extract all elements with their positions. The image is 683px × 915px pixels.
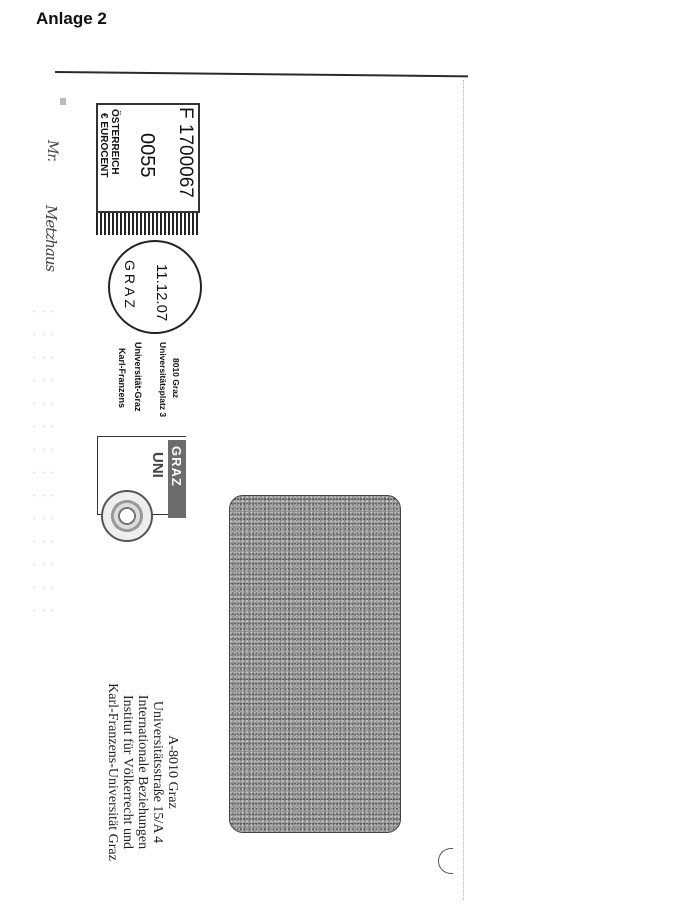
meter-barcode [96, 213, 200, 235]
meter-serial: F 1700067 [174, 107, 196, 198]
sender-line: Karl-Franzens-Universität Graz [105, 672, 120, 872]
meter-currency: € EUROCENT [98, 113, 109, 177]
sender-address: Karl-Franzens-Universität Graz Institut … [105, 672, 180, 872]
meter-value: 0055 [135, 133, 158, 178]
logo-graz-text: GRAZ [169, 446, 184, 487]
university-name-line1: Karl-Franzens [117, 348, 127, 408]
sender-line: Internationale Beziehungen [135, 672, 150, 872]
scan-specks [30, 300, 60, 630]
handwritten-mark: Mr. [44, 140, 60, 161]
university-street: Universitätsplatz 3 [158, 342, 168, 417]
sender-line: A-8010 Graz [165, 672, 180, 872]
university-city: 8010 Graz [171, 358, 181, 398]
scan-mark [60, 98, 66, 105]
sender-line: Universitätsstraße 15/A 4 [150, 672, 165, 872]
logo-graz-band: GRAZ [168, 440, 186, 518]
postmark-date: 11.12.07 [153, 264, 170, 321]
document-heading: Anlage 2 [36, 9, 107, 29]
envelope-edge-notch [438, 848, 453, 874]
franking-meter-stamp: ÖSTERREICH € EUROCENT 0055 F 1700067 [96, 103, 202, 235]
postmark-city: GRAZ [122, 260, 138, 311]
meter-country: ÖSTERREICH [109, 109, 120, 175]
address-window [229, 495, 401, 833]
envelope-right-edge [463, 80, 464, 900]
university-seal-icon [101, 490, 153, 542]
envelope-top-edge [55, 71, 468, 77]
university-name-line2: Universität-Graz [133, 342, 143, 412]
handwritten-signature: Metzhaus [42, 205, 60, 271]
sender-line: Institut für Völkerrecht und [120, 672, 135, 872]
postmark: GRAZ 11.12.07 [108, 240, 202, 334]
logo-uni: UNI [149, 452, 166, 478]
